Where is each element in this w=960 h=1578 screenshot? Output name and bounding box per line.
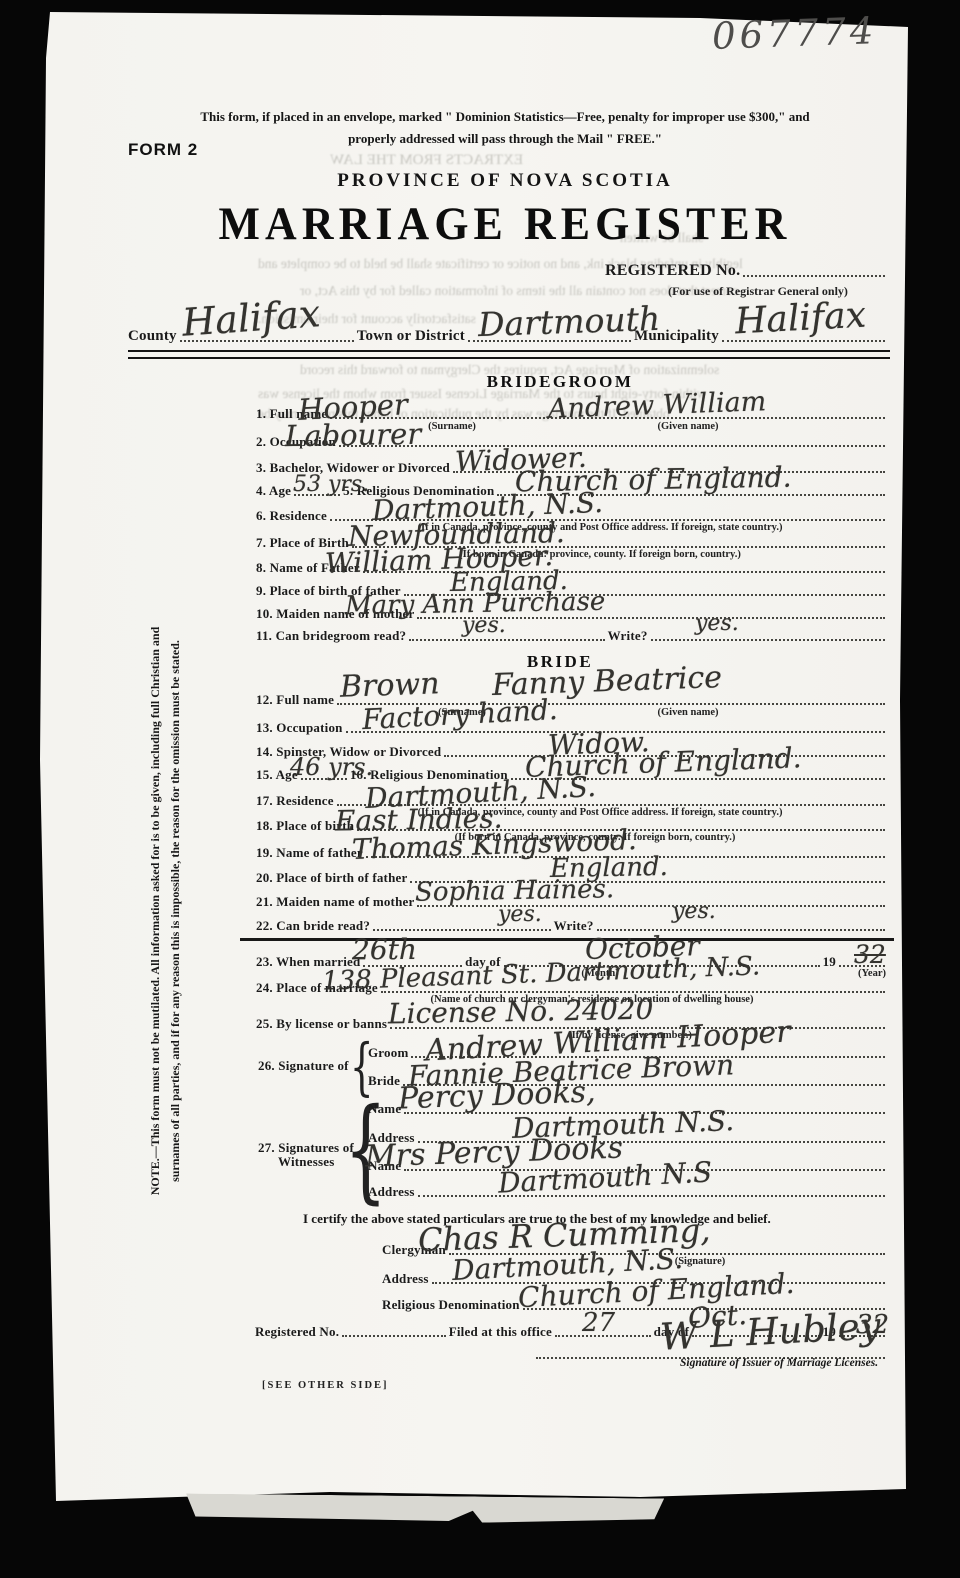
field-label: Write? (608, 628, 648, 644)
groom-read-handwriting: yes. (462, 613, 506, 638)
field-label: 6. Residence (256, 508, 327, 524)
underlying-page-edge (186, 1493, 664, 1524)
field-label: 17. Residence (256, 793, 334, 809)
town-label: Town or District (357, 328, 465, 345)
witness-address-label: Address (368, 1184, 415, 1200)
given-name-caption: (Given name) (658, 421, 719, 432)
dotted-line (418, 1195, 885, 1197)
signature-of-label: 26. Signature of (258, 1058, 349, 1074)
mail-notice-line1: This form, if placed in an envelope, mar… (200, 109, 809, 124)
field-label: 19. Name of father (256, 845, 363, 861)
page-title: MARRIAGE REGISTER (219, 198, 792, 251)
bride-read-handwriting: yes. (498, 902, 542, 927)
filed-label: Filed at this office (449, 1324, 552, 1340)
field-label: 12. Full name (256, 692, 334, 708)
sidebar-note-line1: NOTE.—This form must not be mutilated. A… (148, 627, 162, 1196)
sidebar-note: NOTE.—This form must not be mutilated. A… (145, 561, 191, 1261)
dotted-line (373, 929, 551, 931)
groom-age-handwriting: 53 yrs. (293, 472, 369, 497)
double-rule (128, 350, 890, 359)
dotted-line (743, 275, 885, 277)
registered-no-row: REGISTERED No. (605, 262, 888, 280)
dotted-line (342, 1335, 446, 1337)
groom-write-handwriting: yes. (695, 611, 739, 636)
witnesses-label2: Witnesses (278, 1154, 334, 1170)
witness-name-label: Name (368, 1101, 401, 1117)
bride-age-handwriting: 46 yrs. (290, 753, 373, 781)
given-name-caption: (Given name) (658, 707, 719, 718)
field-label: Write? (554, 918, 594, 934)
groom-label: Groom (368, 1045, 408, 1061)
dotted-line (651, 639, 885, 641)
year-prefix: 19 (823, 954, 836, 970)
clergy-address-label: Address (382, 1271, 429, 1287)
field-label: 20. Place of birth of father (256, 870, 407, 886)
registered-label: Registered No. (255, 1324, 339, 1340)
denomination-label: Religious Denomination (382, 1297, 520, 1313)
town-value-handwriting: Dartmouth (477, 299, 660, 344)
field-label: 11. Can bridegroom read? (256, 628, 406, 644)
dotted-line (409, 639, 604, 641)
see-other-side-note: [SEE OTHER SIDE] (262, 1380, 389, 1391)
mail-notice-line2: properly addressed will pass through the… (348, 131, 662, 146)
surname-caption: (Surname) (428, 421, 476, 432)
bleedthrough-line: EXTRACTS FROM THE LAW (330, 152, 523, 169)
marriage-year-handwriting: 32 (854, 940, 886, 969)
field-label: 22. Can bride read? (256, 918, 370, 934)
pencil-registration-number: 067774 (711, 9, 878, 58)
filed-day-handwriting: 27 (582, 1308, 615, 1338)
county-label: County (128, 328, 177, 345)
sidebar-note-line2: surnames of all parties, and if for any … (168, 640, 182, 1182)
province-heading: PROVINCE OF NOVA SCOTIA (337, 170, 673, 192)
field-row: 22. Can bride read? Write? (256, 916, 888, 934)
field-label: 13. Occupation (256, 720, 343, 736)
form-number-label: FORM 2 (128, 140, 198, 160)
municipality-value-handwriting: Halifax (734, 295, 867, 343)
field-row: 11. Can bridegroom read? Write? (256, 626, 888, 644)
groom-occupation-handwriting: Labourer (285, 417, 422, 453)
section-rule (240, 938, 894, 941)
bridegroom-heading: BRIDEGROOM (487, 372, 634, 392)
mail-notice: This form, if placed in an envelope, mar… (115, 106, 895, 150)
bride-write-handwriting: yes. (672, 899, 716, 924)
scanned-document: EXTRACTS FROM THE LAW shall be written l… (0, 0, 960, 1578)
issuer-caption: Signature of Issuer of Marriage Licenses… (680, 1357, 878, 1369)
field-label: 21. Maiden name of mother (256, 894, 414, 910)
marriage-day-handwriting: 26th (352, 933, 417, 966)
registered-no-label: REGISTERED No. (605, 262, 740, 280)
field-label: 4. Age (256, 483, 291, 499)
